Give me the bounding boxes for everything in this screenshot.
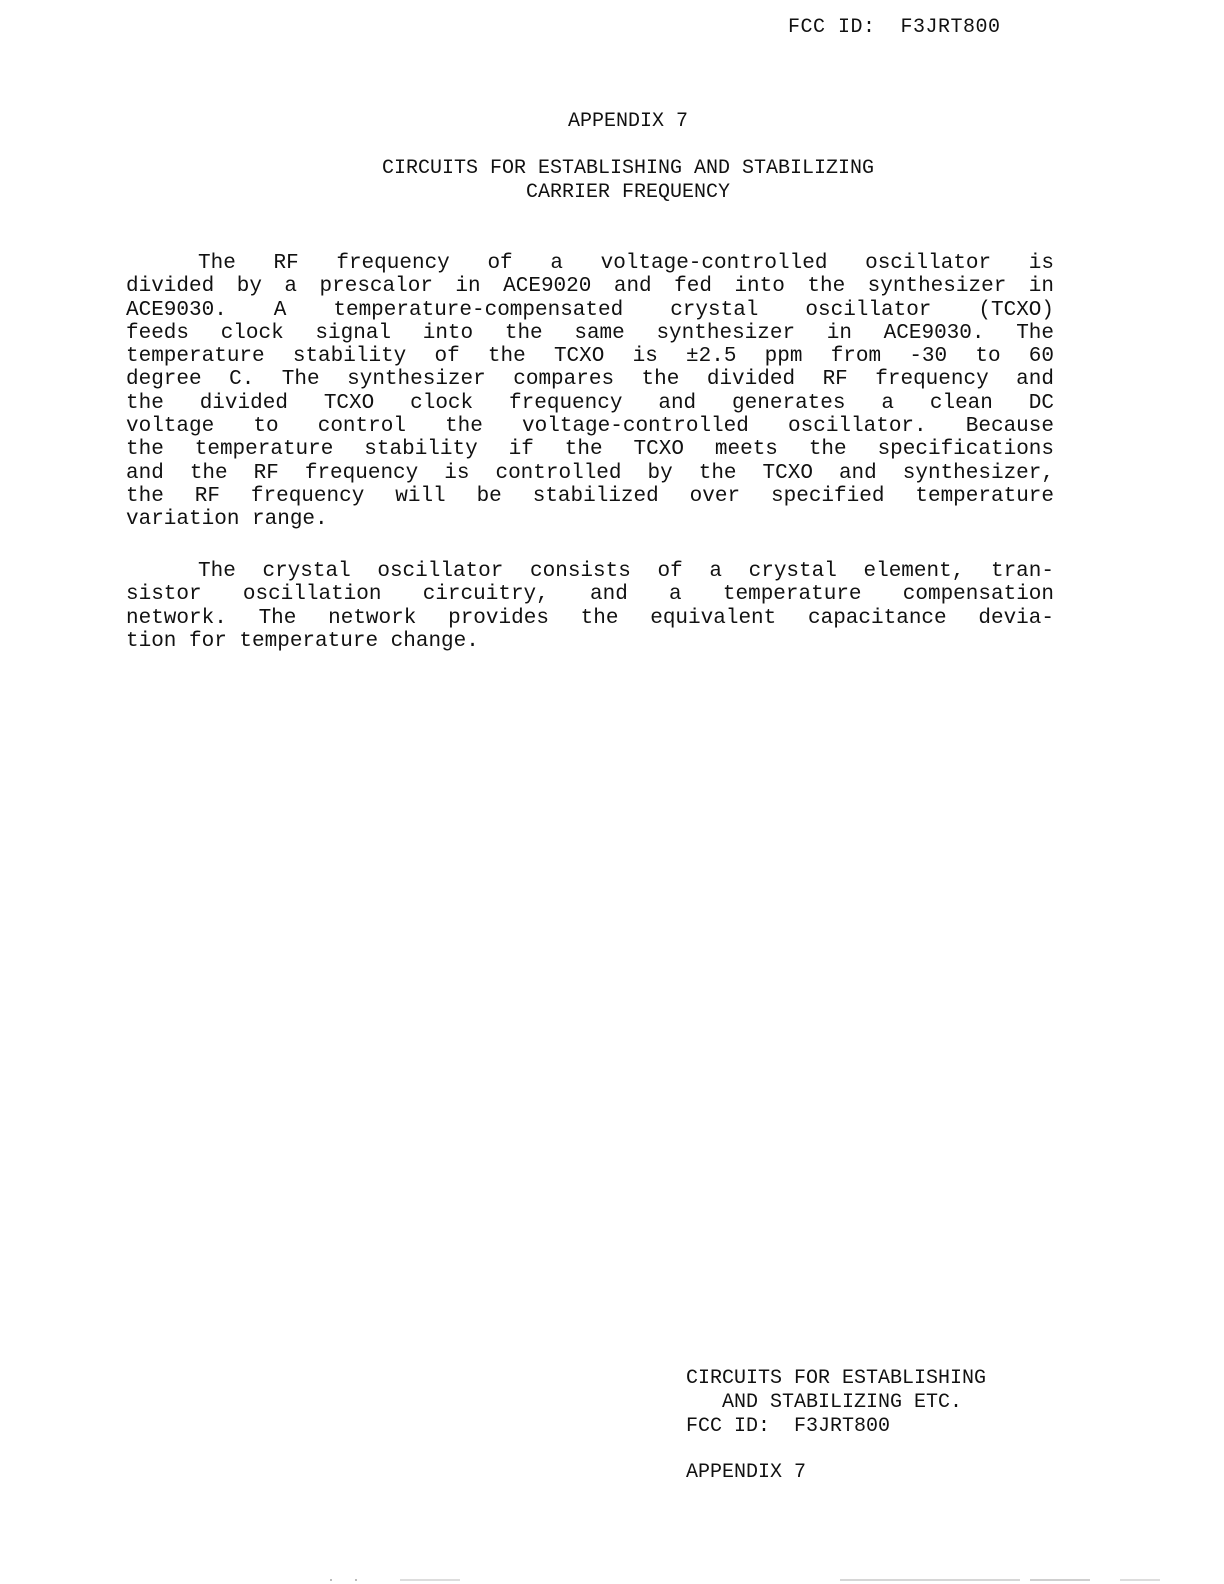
section-title-line-2: CARRIER FREQUENCY (32, 181, 1224, 205)
paragraph-2: The crystal oscillator consists of a cry… (126, 560, 1054, 653)
scan-artifact-marks (0, 1577, 1224, 1581)
paragraph-1-line: divided by a prescalor in ACE9020 and fe… (126, 275, 1054, 298)
footer-line-1: CIRCUITS FOR ESTABLISHING (686, 1367, 986, 1391)
footer-fcc-id: FCC ID: F3JRT800 (686, 1415, 986, 1439)
paragraph-1-line: feeds clock signal into the same synthes… (126, 322, 1054, 345)
paragraph-2-line: sistor oscillation circuitry, and a temp… (126, 583, 1054, 606)
paragraph-1: The RF frequency of a voltage-controlled… (126, 252, 1054, 532)
footer-appendix-label: APPENDIX 7 (686, 1461, 806, 1484)
paragraph-1-line: ACE9030. A temperature-compensated cryst… (126, 299, 1054, 322)
appendix-title: APPENDIX 7 (0, 110, 1224, 133)
paragraph-1-line: the temperature stability if the TCXO me… (126, 438, 1054, 461)
paragraph-2-line: tion for temperature change. (126, 630, 1054, 653)
paragraph-1-line: voltage to control the voltage-controlle… (126, 415, 1054, 438)
fcc-id-header: FCC ID: F3JRT800 (788, 16, 1001, 39)
paragraph-1-line: The RF frequency of a voltage-controlled… (126, 252, 1054, 275)
footer-line-2: AND STABILIZING ETC. (686, 1391, 986, 1415)
paragraph-1-line: and the RF frequency is controlled by th… (126, 462, 1054, 485)
paragraph-1-line: the RF frequency will be stabilized over… (126, 485, 1054, 508)
paragraph-1-line: variation range. (126, 508, 1054, 531)
paragraph-1-line: degree C. The synthesizer compares the d… (126, 368, 1054, 391)
paragraph-1-line: temperature stability of the TCXO is ±2.… (126, 345, 1054, 368)
footer-caption: CIRCUITS FOR ESTABLISHING AND STABILIZIN… (686, 1367, 986, 1439)
paragraph-2-line: network. The network provides the equiva… (126, 607, 1054, 630)
document-page: FCC ID: F3JRT800 APPENDIX 7 CIRCUITS FOR… (0, 0, 1224, 1584)
paragraph-1-line: the divided TCXO clock frequency and gen… (126, 392, 1054, 415)
paragraph-2-line: The crystal oscillator consists of a cry… (126, 560, 1054, 583)
section-title-line-1: CIRCUITS FOR ESTABLISHING AND STABILIZIN… (32, 157, 1224, 181)
section-title: CIRCUITS FOR ESTABLISHING AND STABILIZIN… (0, 157, 1224, 205)
